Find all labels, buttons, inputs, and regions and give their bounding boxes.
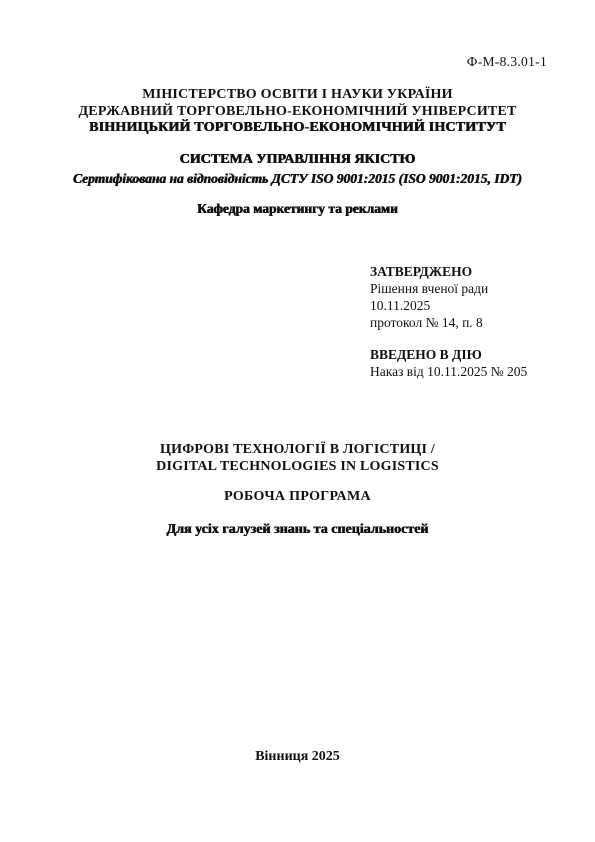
ministry-line: МІНІСТЕРСТВО ОСВІТИ І НАУКИ УКРАЇНИ [0,87,595,104]
approval-gap [370,331,527,346]
approved-label: ЗАТВЕРДЖЕНО [370,263,527,280]
header-block: МІНІСТЕРСТВО ОСВІТИ І НАУКИ УКРАЇНИ ДЕРЖ… [0,87,595,137]
university-line: ДЕРЖАВНИЙ ТОРГОВЕЛЬНО-ЕКОНОМІЧНИЙ УНІВЕР… [0,104,595,121]
qms-certification-line: Сертифікована на відповідність ДСТУ ISO … [0,169,595,188]
institute-line: ВІННИЦЬКИЙ ТОРГОВЕЛЬНО-ЕКОНОМІЧНИЙ ІНСТИ… [0,120,595,137]
approval-block: ЗАТВЕРДЖЕНО Рішення вченої ради 10.11.20… [370,263,527,380]
course-title-en: DIGITAL TECHNOLOGIES IN LOGISTICS [0,459,595,476]
approved-body: Рішення вченої ради [370,280,527,297]
document-page: Ф-М-8.3.01-1 МІНІСТЕРСТВО ОСВІТИ І НАУКИ… [0,0,595,842]
course-title-uk: ЦИФРОВІ ТЕХНОЛОГІЇ В ЛОГІСТИЦІ / [0,442,595,459]
city-year-line: Вінниця 2025 [0,749,595,765]
approved-date: 10.11.2025 [370,297,527,314]
qms-block: СИСТЕМА УПРАВЛІННЯ ЯКІСТЮ Сертифікована … [0,150,595,188]
department-name: Кафедра маркетингу та реклами [0,201,595,217]
qms-title: СИСТЕМА УПРАВЛІННЯ ЯКІСТЮ [0,150,595,169]
approved-protocol: протокол № 14, п. 8 [370,314,527,331]
form-code: Ф-М-8.3.01-1 [467,54,547,70]
title-block: ЦИФРОВІ ТЕХНОЛОГІЇ В ЛОГІСТИЦІ / DIGITAL… [0,442,595,538]
enacted-label: ВВЕДЕНО В ДІЮ [370,346,527,363]
audience-line: Для усіх галузей знань та спеціальностей [0,522,595,539]
enacted-order: Наказ від 10.11.2025 № 205 [370,363,527,380]
document-type-title: РОБОЧА ПРОГРАМА [0,489,595,506]
